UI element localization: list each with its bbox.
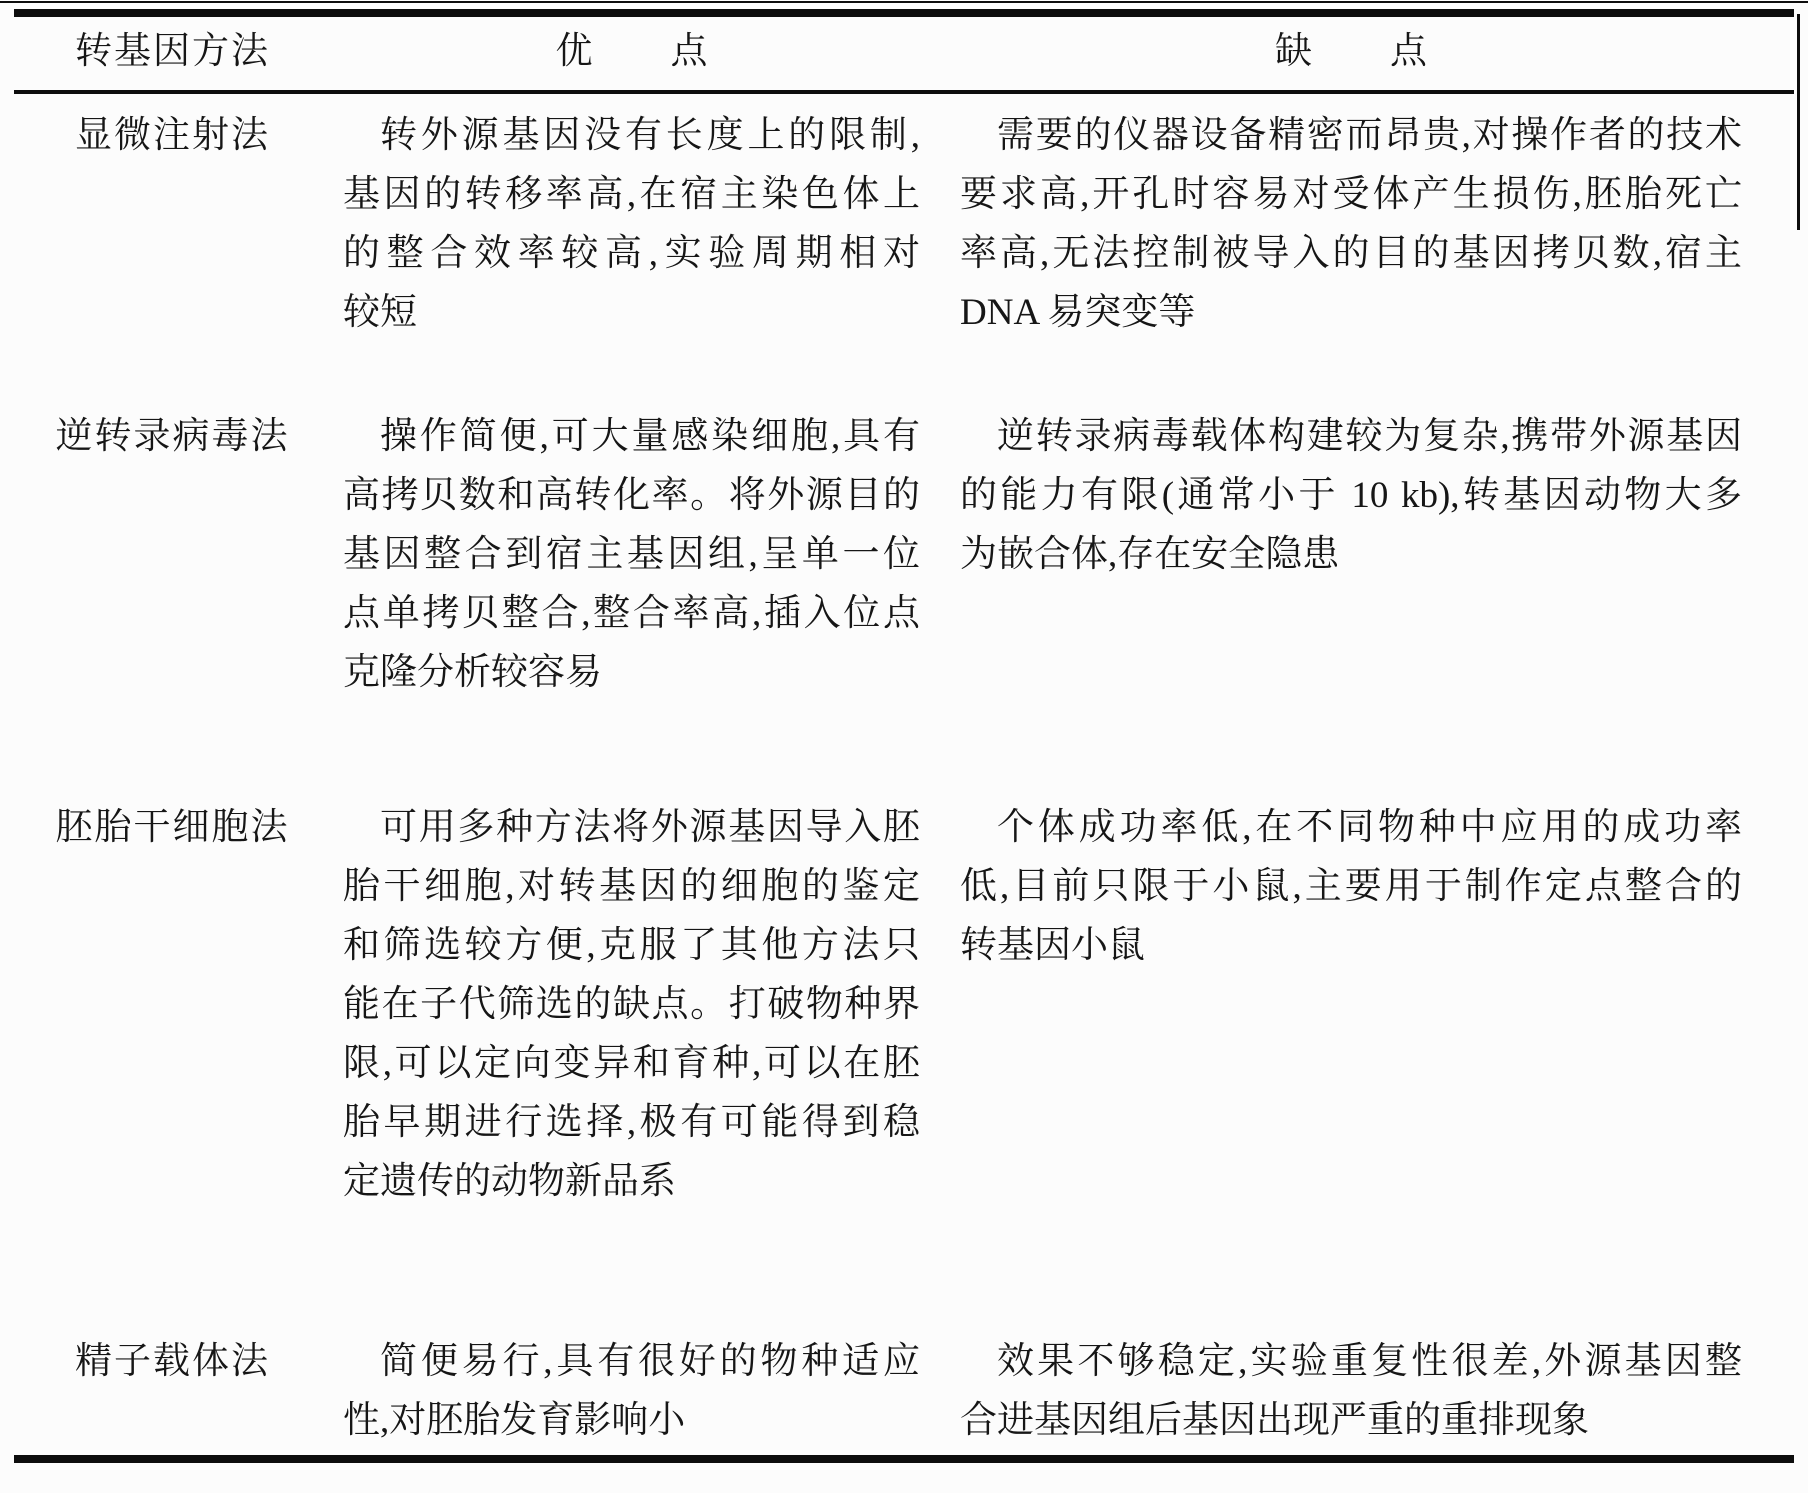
text-line: 胎干细胞,对转基因的细胞的鉴定 <box>343 857 920 916</box>
text-line: 能在子代筛选的缺点。打破物种界 <box>343 975 920 1034</box>
header-advantages-char-1: 优 <box>556 22 593 81</box>
text-line: 可用多种方法将外源基因导入胚 <box>343 798 920 857</box>
text-line: 需要的仪器设备精密而昂贵,对操作者的技术 <box>960 106 1742 165</box>
text-line: 低,目前只限于小鼠,主要用于制作定点整合的 <box>960 857 1742 916</box>
advantages-cell: 可用多种方法将外源基因导入胚 胎干细胞,对转基因的细胞的鉴定 和筛选较方便,克服… <box>343 798 920 1211</box>
disadvantages-cell: 效果不够稳定,实验重复性很差,外源基因整 合进基因组后基因出现严重的重排现象 <box>960 1332 1742 1450</box>
method-label: 逆转录病毒法 <box>56 416 290 457</box>
disadvantages-cell: 逆转录病毒载体构建较为复杂,携带外源基因 的能力有限(通常小于 10 kb),转… <box>960 407 1742 584</box>
method-cell: 精子载体法 <box>45 1332 300 1391</box>
text-line: 简便易行,具有很好的物种适应 <box>343 1332 920 1391</box>
scan-artifact-line <box>1797 14 1800 230</box>
text-line: 要求高,开孔时容易对受体产生损伤,胚胎死亡 <box>960 165 1742 224</box>
header-method: 转基因方法 <box>45 22 300 81</box>
text-line: 和筛选较方便,克服了其他方法只 <box>343 916 920 975</box>
text-line: 合进基因组后基因出现严重的重排现象 <box>960 1391 1742 1450</box>
text-line: 个体成功率低,在不同物种中应用的成功率 <box>960 798 1742 857</box>
method-label: 胚胎干细胞法 <box>56 807 290 848</box>
text-line: 效果不够稳定,实验重复性很差,外源基因整 <box>960 1332 1742 1391</box>
method-label: 显微注射法 <box>75 115 270 156</box>
top-edge-line <box>0 1 1808 3</box>
header-divider <box>14 90 1794 94</box>
table-bottom-border <box>14 1455 1794 1463</box>
text-line: 点单拷贝整合,整合率高,插入位点 <box>343 584 920 643</box>
text-line: 转基因小鼠 <box>960 916 1742 975</box>
text-line: 的整合效率较高,实验周期相对 <box>343 224 920 283</box>
text-line: 定遗传的动物新品系 <box>343 1152 920 1211</box>
method-label: 精子载体法 <box>75 1341 270 1382</box>
text-line: 限,可以定向变异和育种,可以在胚 <box>343 1034 920 1093</box>
method-cell: 胚胎干细胞法 <box>45 798 300 857</box>
text-line: 转外源基因没有长度上的限制, <box>343 106 920 165</box>
disadvantages-cell: 个体成功率低,在不同物种中应用的成功率 低,目前只限于小鼠,主要用于制作定点整合… <box>960 798 1742 975</box>
advantages-cell: 简便易行,具有很好的物种适应 性,对胚胎发育影响小 <box>343 1332 920 1450</box>
text-line: 基因整合到宿主基因组,呈单一位 <box>343 525 920 584</box>
disadvantages-cell: 需要的仪器设备精密而昂贵,对操作者的技术 要求高,开孔时容易对受体产生损伤,胚胎… <box>960 106 1742 342</box>
text-line: 性,对胚胎发育影响小 <box>343 1391 920 1450</box>
text-line: 基因的转移率高,在宿主染色体上 <box>343 165 920 224</box>
header-method-label: 转基因方法 <box>75 31 270 72</box>
header-advantages: 优 点 <box>343 22 920 81</box>
transgenic-methods-table-page: 转基因方法 优 点 缺 点 显微注射法 转外源基因没有长度上的限制, 基因的转移… <box>0 0 1808 1493</box>
text-line: DNA 易突变等 <box>960 283 1742 342</box>
text-line: 较短 <box>343 283 920 342</box>
method-cell: 显微注射法 <box>45 106 300 165</box>
text-line: 率高,无法控制被导入的目的基因拷贝数,宿主 <box>960 224 1742 283</box>
advantages-cell: 操作简便,可大量感染细胞,具有 高拷贝数和高转化率。将外源目的 基因整合到宿主基… <box>343 407 920 702</box>
header-advantages-char-2: 点 <box>671 22 708 81</box>
table-top-border <box>14 9 1794 17</box>
header-disadvantages-char-1: 缺 <box>1275 22 1312 81</box>
header-disadvantages: 缺 点 <box>960 22 1742 81</box>
header-disadvantages-char-2: 点 <box>1390 22 1427 81</box>
text-line: 为嵌合体,存在安全隐患 <box>960 525 1742 584</box>
text-line: 逆转录病毒载体构建较为复杂,携带外源基因 <box>960 407 1742 466</box>
text-line: 的能力有限(通常小于 10 kb),转基因动物大多 <box>960 466 1742 525</box>
text-line: 克隆分析较容易 <box>343 643 920 702</box>
advantages-cell: 转外源基因没有长度上的限制, 基因的转移率高,在宿主染色体上 的整合效率较高,实… <box>343 106 920 342</box>
text-line: 操作简便,可大量感染细胞,具有 <box>343 407 920 466</box>
method-cell: 逆转录病毒法 <box>45 407 300 466</box>
text-line: 胎早期进行选择,极有可能得到稳 <box>343 1093 920 1152</box>
text-line: 高拷贝数和高转化率。将外源目的 <box>343 466 920 525</box>
